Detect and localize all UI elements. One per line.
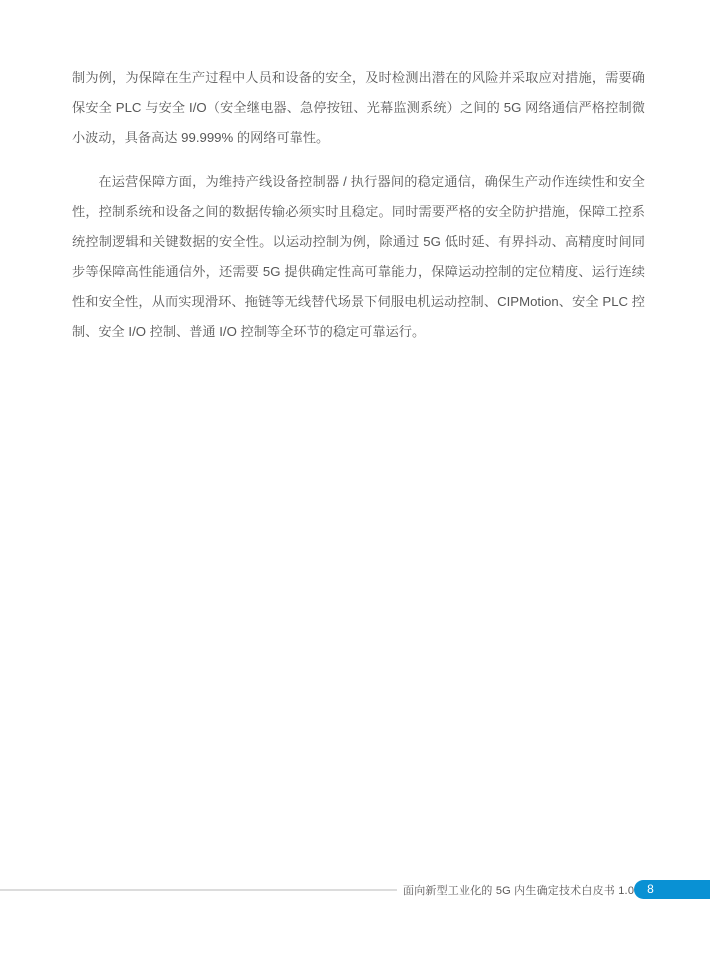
page-number: 8 [647,880,654,899]
page-number-badge: 8 [634,880,710,899]
body-paragraph-2: 在运营保障方面，为维持产线设备控制器 / 执行器间的稳定通信，确保生产动作连续性… [72,167,645,347]
page-footer: 面向新型工业化的 5G 内生确定技术白皮书 1.0 8 [0,880,710,899]
document-page: 制为例，为保障在生产过程中人员和设备的安全，及时检测出潜在的风险并采取应对措施，… [0,0,710,956]
footer-doc-title: 面向新型工业化的 5G 内生确定技术白皮书 1.0 [403,882,634,898]
page-content: 制为例，为保障在生产过程中人员和设备的安全，及时检测出潜在的风险并采取应对措施，… [72,63,645,361]
body-paragraph-1: 制为例，为保障在生产过程中人员和设备的安全，及时检测出潜在的风险并采取应对措施，… [72,63,645,153]
footer-divider-line [0,889,397,891]
